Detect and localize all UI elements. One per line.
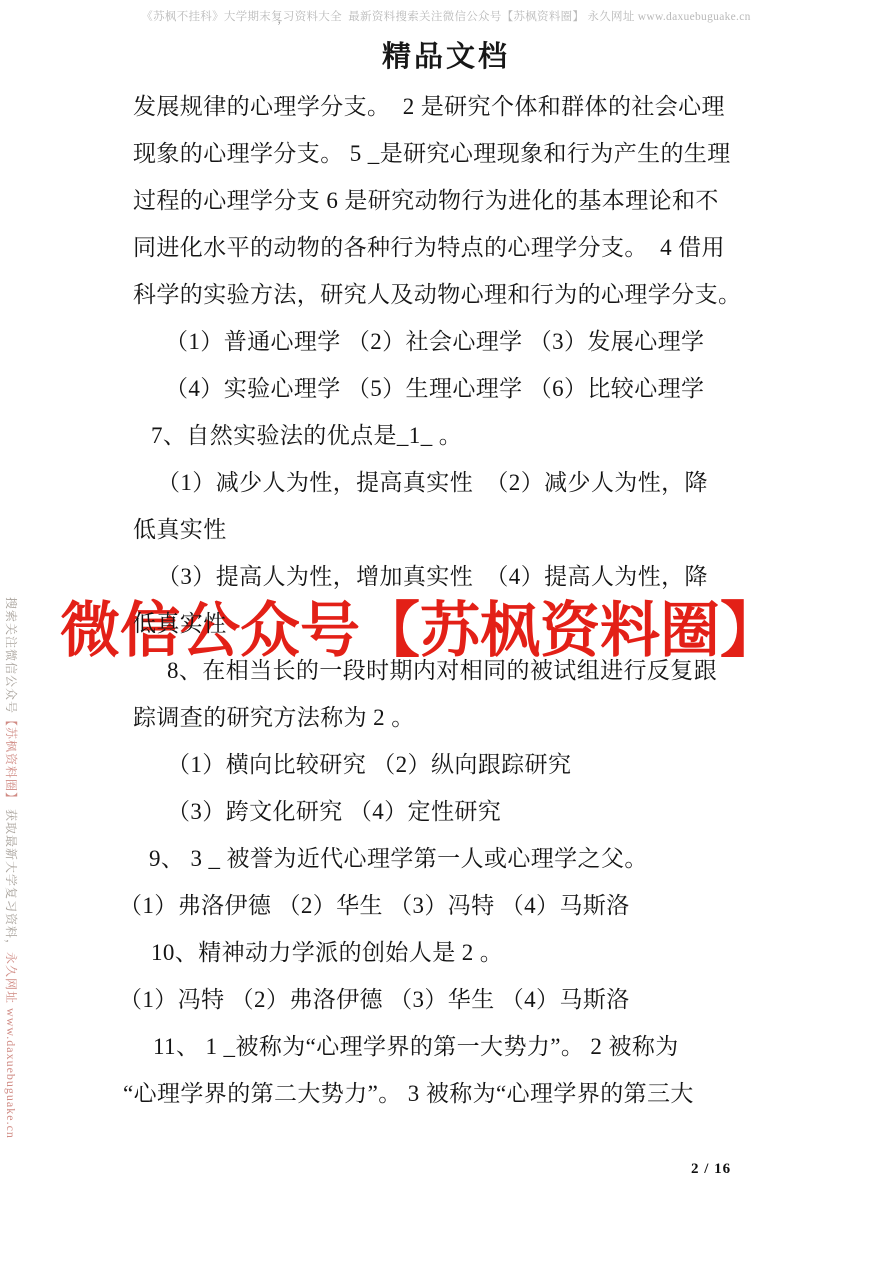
text-line: （1）减少人为性，提高真实性 （2）减少人为性，降 <box>133 459 793 506</box>
text-line: 9、 3 _ 被誉为近代心理学第一人或心理学之父。 <box>133 835 793 882</box>
document-page: 《苏枫不挂科》大学期末复习资料大全 最新资料搜索关注微信公众号【苏枫资料圈】 永… <box>0 0 892 1262</box>
text-line: 发展规律的心理学分支。 2 是研究个体和群体的社会心理 <box>133 83 793 130</box>
text-line: （4）实验心理学 （5）生理心理学 （6）比较心理学 <box>133 365 793 412</box>
text-line: （1）冯特 （2）弗洛伊德 （3）华生 （4）马斯洛 <box>133 976 793 1023</box>
text-line: （3）跨文化研究 （4）定性研究 <box>133 788 793 835</box>
text-line: 过程的心理学分支 6 是研究动物行为进化的基本理论和不 <box>133 177 793 224</box>
document-title: 精品文档 <box>0 34 892 75</box>
text-line: （3）提高人为性，增加真实性 （4）提高人为性，降 <box>133 553 793 600</box>
text-line: 11、 1 _被称为“心理学界的第一大势力”。 2 被称为 <box>133 1023 793 1070</box>
side-watermark-text: 搜索关注微信公众号【苏枫资料圈】 获取最新大学复习资料，永久网址 www.dax… <box>3 597 20 1139</box>
text-line: 低真实性 <box>133 600 793 647</box>
document-body: 发展规律的心理学分支。 2 是研究个体和群体的社会心理现象的心理学分支。 5 _… <box>133 83 793 1117</box>
text-line: 现象的心理学分支。 5 _是研究心理现象和行为产生的生理 <box>133 130 793 177</box>
text-line: （1）普通心理学 （2）社会心理学 （3）发展心理学 <box>133 318 793 365</box>
page-header-text: 《苏枫不挂科》大学期末复习资料大全 最新资料搜索关注微信公众号【苏枫资料圈】 永… <box>0 8 892 24</box>
text-line: 低真实性 <box>133 506 793 553</box>
side-watermark-segment: 永久网址 www.daxuebuguake.cn <box>4 952 18 1139</box>
text-line: 踪调查的研究方法称为 2 。 <box>133 694 793 741</box>
side-watermark-segment: 搜索关注微信公众号 <box>4 597 18 714</box>
header-stray-mark: ’ <box>277 18 281 34</box>
text-line: 10、精神动力学派的创始人是 2 。 <box>133 929 793 976</box>
text-line: （1）弗洛伊德 （2）华生 （3）冯特 （4）马斯洛 <box>133 882 793 929</box>
text-line: （1）横向比较研究 （2）纵向跟踪研究 <box>133 741 793 788</box>
page-number: 2 / 16 <box>691 1161 731 1178</box>
text-line: 8、在相当长的一段时期内对相同的被试组进行反复跟 <box>133 647 793 694</box>
side-watermark-segment: 获取最新大学复习资料， <box>4 805 18 952</box>
text-line: 7、自然实验法的优点是_1_ 。 <box>133 412 793 459</box>
side-watermark-segment: 【苏枫资料圈】 <box>4 714 18 805</box>
text-line: “心理学界的第二大势力”。 3 被称为“心理学界的第三大 <box>133 1070 793 1117</box>
text-line: 同进化水平的动物的各种行为特点的心理学分支。 4 借用 <box>133 224 793 271</box>
text-line: 科学的实验方法，研究人及动物心理和行为的心理学分支。 <box>133 271 793 318</box>
